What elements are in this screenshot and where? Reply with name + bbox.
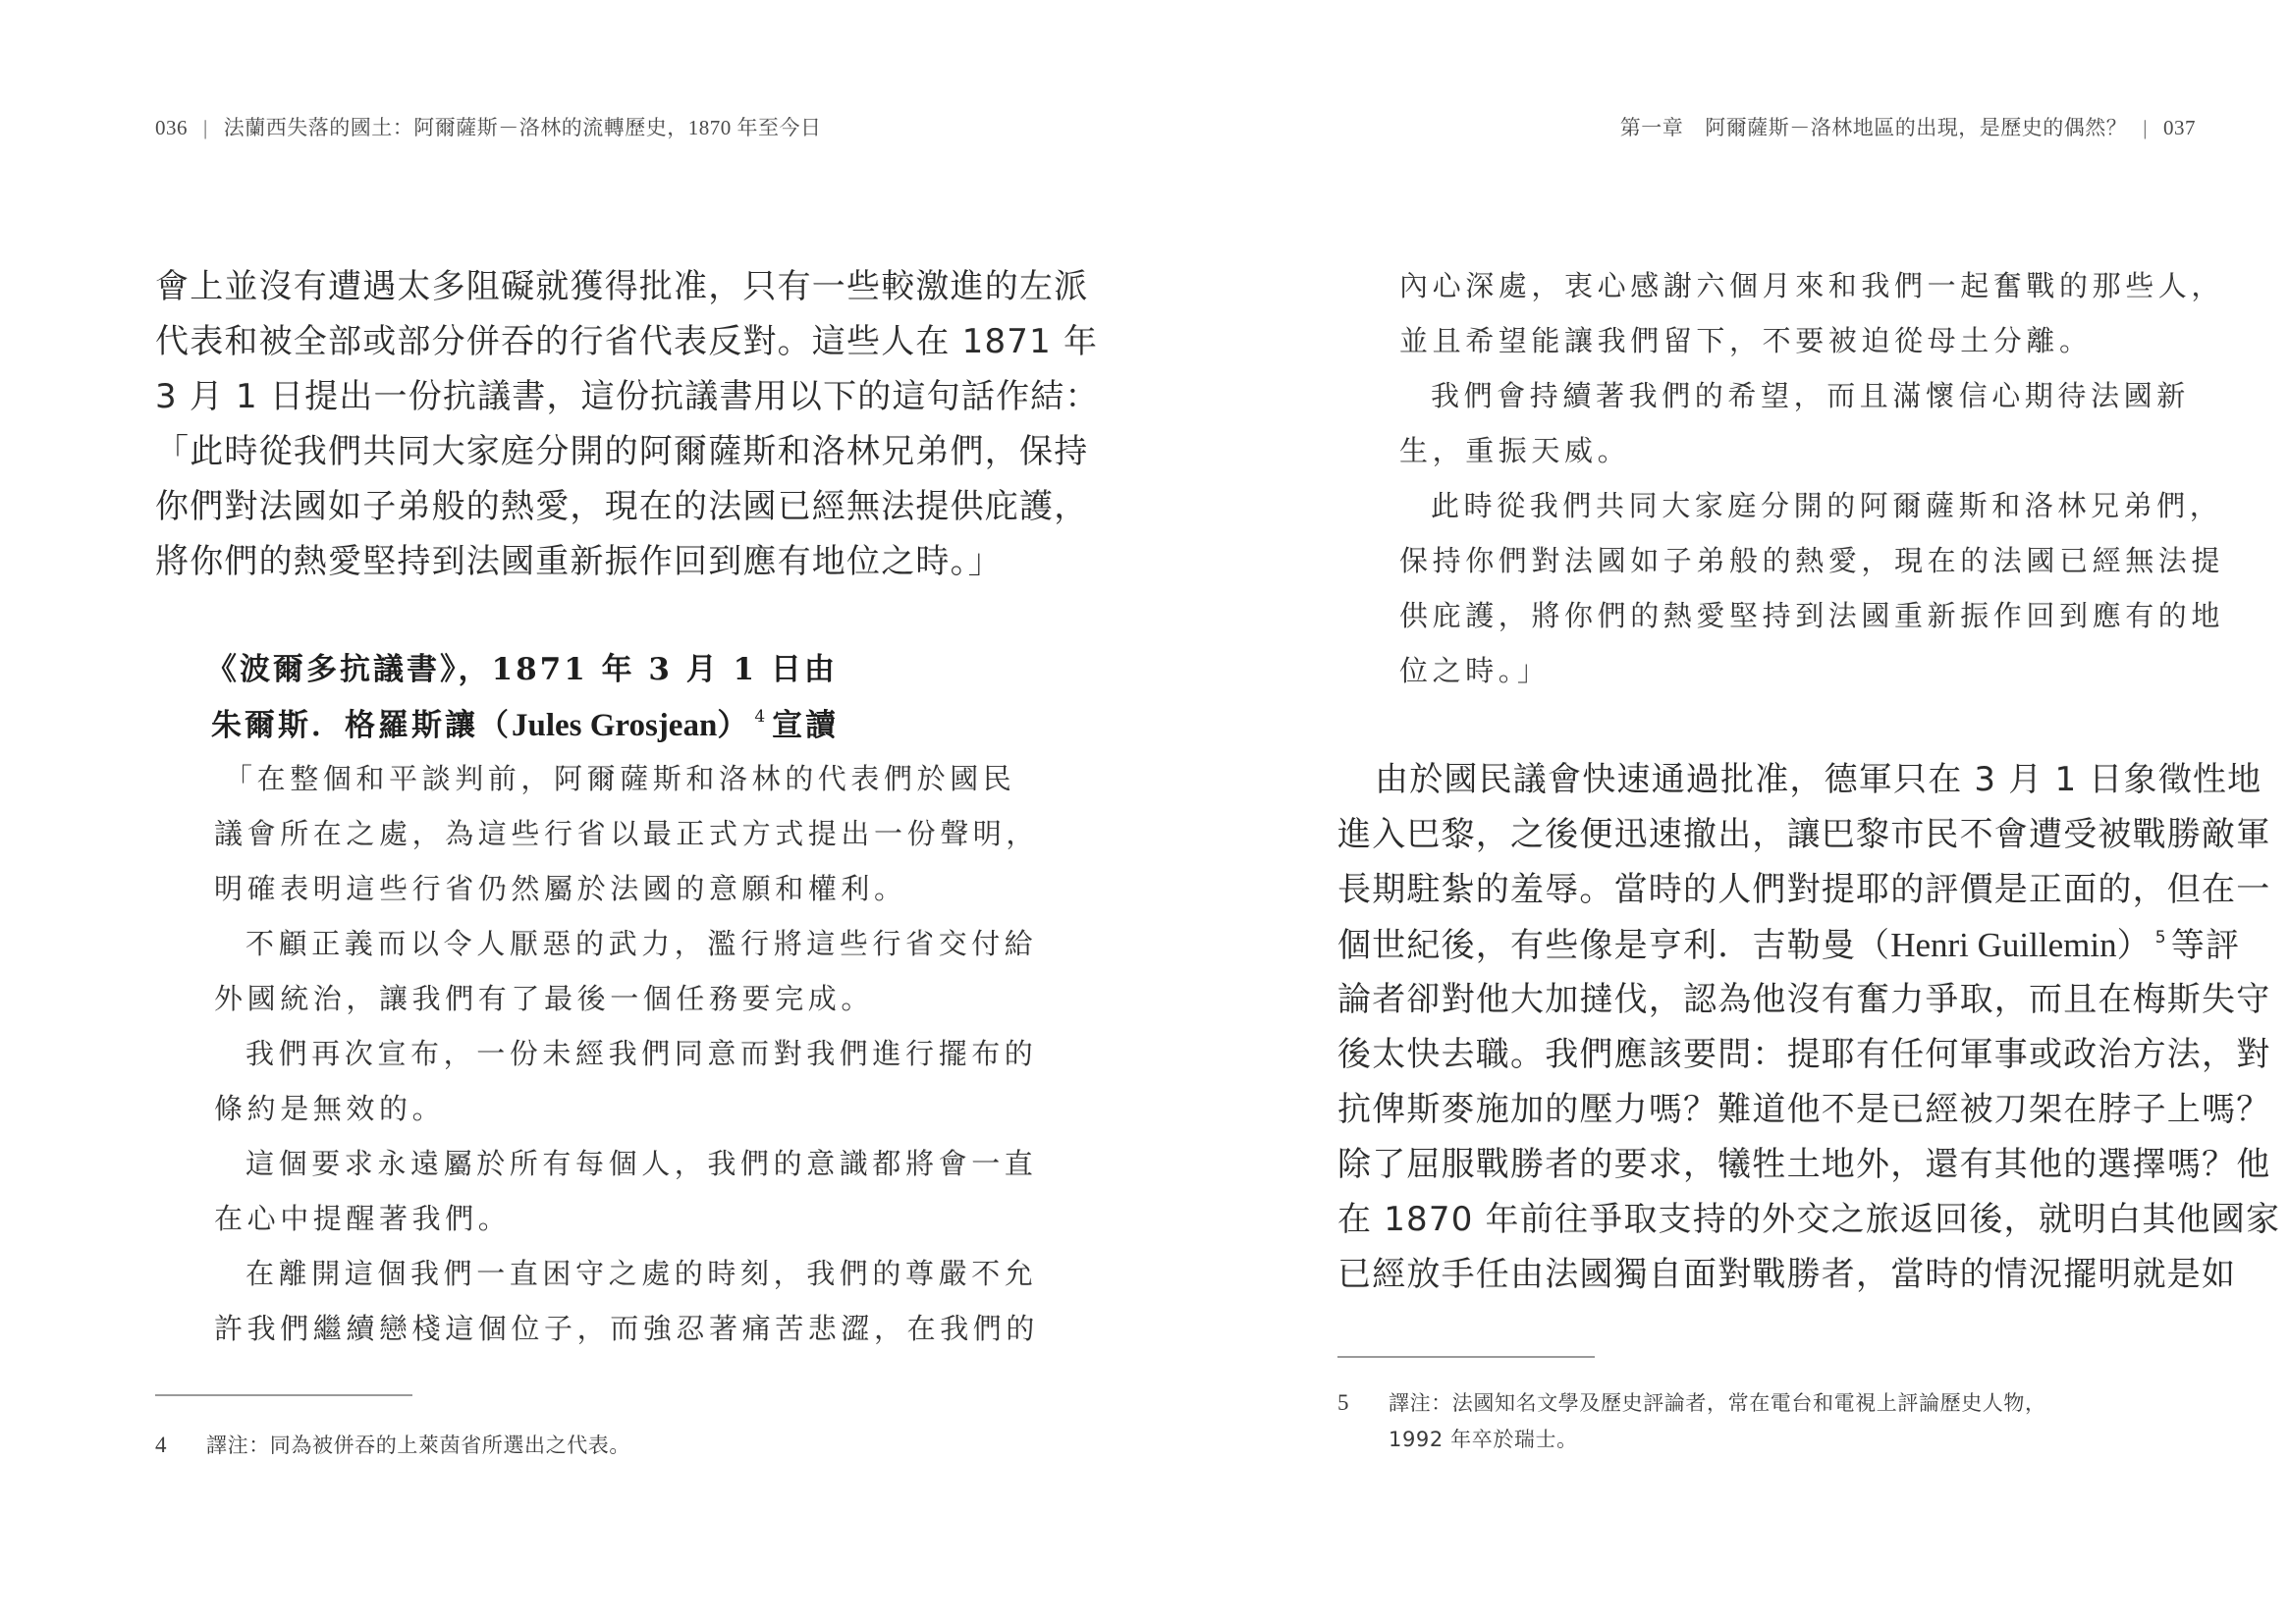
quote-line: 外國統治，讓我們有了最後一個任務要完成。	[214, 985, 874, 1013]
footnote: 4譯注：同為被併吞的上萊茵省所選出之代表。	[155, 1430, 630, 1459]
body-line: 長期駐紮的羞辱。當時的人們對提耶的評價是正面的，但在一	[1337, 873, 2270, 906]
header-separator: |	[203, 116, 208, 140]
running-head-right: 第一章阿爾薩斯－洛林地區的出現，是歷史的偶然？|037	[1620, 112, 2196, 141]
body-paren: ）	[2117, 926, 2152, 965]
quote-line: 生，重振天威。	[1399, 437, 1630, 465]
quote-line: 我們會持續著我們的希望，而且滿懷信心期待法國新	[1431, 382, 2190, 410]
quote-line: 這個要求永遠屬於所有每個人，我們的意識都將會一直	[245, 1150, 1037, 1178]
page-number: 037	[2163, 116, 2196, 139]
footnote-text: 譯注：法國知名文學及歷史評論者，常在電台和電視上評論歷史人物，	[1389, 1391, 2046, 1415]
quote-line: 供庇護，將你們的熱愛堅持到法國重新振作回到應有的地	[1399, 602, 2224, 630]
body-line: 你們對法國如子弟般的熱愛，現在的法國已經無法提供庇護，	[155, 490, 1088, 523]
chapter-label: 第一章	[1620, 116, 1684, 139]
footnote-divider	[155, 1394, 412, 1396]
left-page: 036|法蘭西失落的國土：阿爾薩斯－洛林的流轉歷史，1870 年至今日 會上並沒…	[0, 0, 1144, 1624]
body-line: 已經放手任由法國獨自面對戰勝者，當時的情況擺明就是如	[1337, 1258, 2236, 1291]
footnote: 5譯注：法國知名文學及歷史評論者，常在電台和電視上評論歷史人物，	[1337, 1387, 2046, 1417]
person-name-latin: Jules Grosjean	[512, 708, 717, 743]
footnote-ref[interactable]: 4	[754, 707, 768, 727]
quote-line: 並且希望能讓我們留下，不要被迫從母土分離。	[1399, 327, 2093, 355]
body-line: 在 1870 年前往爭取支持的外交之旅返回後，就明白其他國家	[1337, 1203, 2280, 1236]
quote-line: 在心中提醒著我們。	[214, 1205, 511, 1233]
heading-line: 《波爾多抗議書》，1871 年 3 月 1 日由	[206, 655, 838, 685]
quote-line: 此時從我們共同大家庭分開的阿爾薩斯和洛林兄弟們，	[1431, 492, 2222, 520]
body-line: 由於國民議會快速通過批准，德軍只在 3 月 1 日象徵性地	[1375, 763, 2262, 796]
heading-text: 宣讀	[772, 708, 839, 743]
quote-line: 保持你們對法國如子弟般的熱愛，現在的法國已經無法提	[1399, 547, 2224, 575]
body-line: 進入巴黎，之後便迅速撤出，讓巴黎市民不會遭受被戰勝敵軍	[1337, 818, 2270, 851]
quote-line: 許我們繼續戀棧這個位子，而強忍著痛苦悲澀，在我們的	[214, 1315, 1039, 1343]
person-name-latin: Henri Guillemin	[1890, 926, 2116, 964]
page-number: 036	[155, 116, 188, 139]
quote-line: 我們再次宣布，一份未經我們同意而對我們進行擺布的	[245, 1040, 1037, 1068]
body-line: 「此時從我們共同大家庭分開的阿爾薩斯和洛林兄弟們，保持	[155, 435, 1088, 468]
header-separator: |	[2143, 116, 2148, 140]
footnote-text: 譯注：同為被併吞的上萊茵省所選出之代表。	[206, 1434, 630, 1457]
chapter-title: 阿爾薩斯－洛林地區的出現，是歷史的偶然？	[1705, 116, 2127, 139]
quote-line: 「在整個和平談判前，阿爾薩斯和洛林的代表們於國民	[224, 765, 1015, 793]
heading-paren: ）	[717, 708, 750, 743]
heading-text: 朱爾斯．格羅斯讓（	[211, 708, 512, 743]
quote-line: 明確表明這些行省仍然屬於法國的意願和權利。	[214, 875, 907, 903]
body-line: 個世紀後，有些像是亨利．吉勒曼（Henri Guillemin）5等評	[1337, 928, 2240, 962]
body-line: 後太快去職。我們應該要問：提耶有任何軍事或政治方法，對	[1337, 1038, 2270, 1071]
body-line: 論者卻對他大加撻伐，認為他沒有奮力爭取，而且在梅斯失守	[1337, 983, 2270, 1016]
body-line: 3 月 1 日提出一份抗議書，這份抗議書用以下的這句話作結：	[155, 380, 1100, 413]
body-line: 抗俾斯麥施加的壓力嗎？難道他不是已經被刀架在脖子上嗎？	[1337, 1093, 2270, 1126]
right-page: 第一章阿爾薩斯－洛林地區的出現，是歷史的偶然？|037 內心深處，衷心感謝六個月…	[1145, 0, 2289, 1624]
running-head-left: 036|法蘭西失落的國土：阿爾薩斯－洛林的流轉歷史，1870 年至今日	[155, 112, 821, 141]
quote-line: 內心深處，衷心感謝六個月來和我們一起奮戰的那些人，	[1399, 272, 2224, 300]
book-title: 法蘭西失落的國土：阿爾薩斯－洛林的流轉歷史，1870 年至今日	[224, 116, 822, 139]
footnote-divider	[1337, 1356, 1595, 1358]
quote-line: 不顧正義而以令人厭惡的武力，濫行將這些行省交付給	[245, 930, 1037, 958]
footnote-ref[interactable]: 5	[2155, 928, 2167, 947]
body-text: 等評	[2171, 926, 2240, 965]
body-text: 個世紀後，有些像是亨利．吉勒曼（	[1337, 926, 1890, 965]
quote-line: 議會所在之處，為這些行省以最正式方式提出一份聲明，	[214, 820, 1039, 848]
footnote-number: 5	[1337, 1390, 1389, 1416]
body-line: 將你們的熱愛堅持到法國重新振作回到應有地位之時。」	[155, 545, 1003, 578]
quote-line: 在離開這個我們一直困守之處的時刻，我們的尊嚴不允	[245, 1260, 1037, 1288]
quote-line: 條約是無效的。	[214, 1095, 445, 1123]
footnote-continuation: 1992 年卒於瑞士。	[1389, 1424, 1578, 1453]
quote-line: 位之時。」	[1399, 657, 1551, 685]
body-line: 會上並沒有遭遇太多阻礙就獲得批准，只有一些較激進的左派	[155, 270, 1088, 303]
footnote-number: 4	[155, 1433, 206, 1458]
body-line: 代表和被全部或部分併吞的行省代表反對。這些人在 1871 年	[155, 325, 1098, 358]
heading-line: 朱爾斯．格羅斯讓（Jules Grosjean）4宣讀	[211, 710, 839, 742]
body-line: 除了屈服戰勝者的要求，犧牲土地外，還有其他的選擇嗎？他	[1337, 1148, 2270, 1181]
